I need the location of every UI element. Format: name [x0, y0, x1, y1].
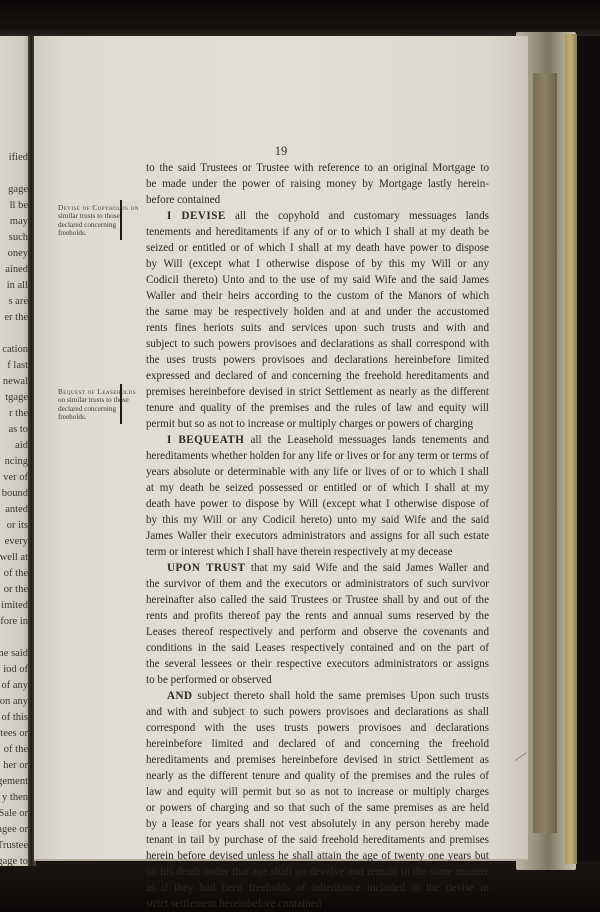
- margin-note-line: Bequest of Leaseholds: [58, 388, 148, 396]
- text-line: before contained: [146, 192, 489, 208]
- left-page-text-fragment: tgage: [5, 392, 28, 403]
- margin-note-line: on similar trusts to those: [58, 396, 148, 404]
- left-page-text-fragment: s are: [8, 296, 28, 307]
- text-line: by this my Will or any Codicil hereto) u…: [146, 512, 489, 528]
- text-line: seized or entitled or of which I shall a…: [146, 240, 489, 256]
- text-line: law and equity will permit but so as not…: [146, 784, 489, 800]
- text-line: the survivor of them and the executors o…: [146, 576, 489, 592]
- text-line: hereinbefore limited and declared of and…: [146, 736, 489, 752]
- left-page-text-fragment: iod of: [3, 664, 28, 675]
- margin-note-copyholds: Devise of Copyholds on similar trusts to…: [58, 204, 148, 237]
- text-line: rents and profits thereof pay the rents …: [146, 608, 489, 624]
- text-line: to the said Trustees or Trustee with ref…: [146, 160, 489, 176]
- left-page-text-fragment: of this: [1, 712, 28, 723]
- text-line: Codicil thereto) Unto and to the use of …: [146, 272, 489, 288]
- left-page-text-fragment: ne said: [0, 648, 28, 659]
- text-line: Leases thereof respectively and perform …: [146, 624, 489, 640]
- text-line: death have power to dispose by Will (exc…: [146, 496, 489, 512]
- left-page-text-fragment: or its: [7, 520, 28, 531]
- text-line: and with and subject to such powers prov…: [146, 704, 489, 720]
- left-page-text-fragment: gement: [0, 776, 28, 787]
- left-page-text-fragment: of the: [4, 744, 28, 755]
- text-line: tenant in tail by purchase of the said f…: [146, 832, 489, 848]
- left-page-text-fragment: f last: [7, 360, 28, 371]
- text-line: the several lessees or their respective …: [146, 656, 489, 672]
- page-number: 19: [34, 144, 528, 159]
- text-line: or powers of charging and so that such o…: [146, 800, 489, 816]
- text-line: by a lease for years shall not vest abso…: [146, 816, 489, 832]
- left-page-text-fragment: on any: [0, 696, 28, 707]
- left-page-text-fragment: or the: [4, 584, 28, 595]
- margin-note-leaseholds: Bequest of Leaseholds on similar trusts …: [58, 388, 148, 421]
- document-page: 19 Devise of Copyholds on similar trusts…: [34, 36, 528, 861]
- left-page-text-fragment: every: [5, 536, 28, 547]
- margin-note-line: freeholds.: [58, 229, 148, 237]
- text-line: the uses trusts powers provisoes and dec…: [146, 352, 489, 368]
- left-page-text-fragment: imited: [1, 600, 28, 611]
- left-page-text-fragment: ver of: [3, 472, 28, 483]
- pencil-tick-mark: [515, 752, 527, 761]
- text-line: I BEQUEATH all the Leasehold messuages l…: [146, 432, 489, 448]
- left-page-text-fragment: anted: [5, 504, 28, 515]
- left-page-text-fragment: as to: [8, 424, 28, 435]
- left-page-text-fragment: bound: [2, 488, 28, 499]
- left-page-text-fragment: her or: [3, 760, 28, 771]
- paragraph-lead: I BEQUEATH: [167, 434, 244, 446]
- text-line: hereinafter also called the said Trustee…: [146, 592, 489, 608]
- left-page-text-fragment: gage: [8, 184, 28, 195]
- left-page-text-fragment: Sale or: [0, 808, 28, 819]
- left-page-text-fragment: oney: [8, 248, 28, 259]
- text-line: on his death under that age shall go dev…: [146, 864, 489, 880]
- text-line: tenure and quality of the premises and t…: [146, 400, 489, 416]
- left-page-text-fragment: aid: [15, 440, 28, 451]
- paragraph-lead: AND: [167, 690, 193, 702]
- left-page-text-fragment: r the: [9, 408, 28, 419]
- left-page-text-fragment: ll be: [10, 200, 28, 211]
- text-line: subject to such powers provisoes and dec…: [146, 336, 489, 352]
- left-page-text-fragment: y then: [2, 792, 28, 803]
- margin-note-line: freeholds.: [58, 413, 148, 421]
- left-page-text-fragment: newal: [3, 376, 28, 387]
- left-page-text-fragment: Trustee: [0, 840, 28, 851]
- left-page-text-fragment: tees or: [0, 728, 28, 739]
- margin-note-line: similar trusts to those: [58, 212, 148, 220]
- book-cover-top: [0, 0, 600, 36]
- text-line: correspond with the uses trusts powers p…: [146, 720, 489, 736]
- margin-bracket: [120, 200, 122, 240]
- text-line: rents fines heriots suits and services u…: [146, 320, 489, 336]
- text-line: premises hereinbefore devised in strict …: [146, 384, 489, 400]
- text-line: James Waller their executors administrat…: [146, 528, 489, 544]
- left-page-text-fragment: in all: [7, 280, 28, 291]
- left-page-text-fragment: gage to: [0, 856, 28, 866]
- text-line: hereditaments and premises hereinbefore …: [146, 752, 489, 768]
- paragraph-lead: I DEVISE: [167, 210, 226, 222]
- text-line: strict settlement hereinbefore contained: [146, 896, 489, 912]
- left-page-text-fragment: ified: [9, 152, 28, 163]
- text-line: be made under the power of raising money…: [146, 176, 489, 192]
- text-line: nearly as the different tenure and quali…: [146, 768, 489, 784]
- left-page-fragment: ifiedgagell bemaysuchoneyainedin alls ar…: [0, 36, 30, 866]
- text-line: AND subject thereto shall hold the same …: [146, 688, 489, 704]
- margin-note-line: Devise of Copyholds on: [58, 204, 148, 212]
- text-line: I DEVISE all the copyhold and customary …: [146, 208, 489, 224]
- left-page-text-fragment: agee or: [0, 824, 28, 835]
- text-line: the same may be respectively holden and …: [146, 304, 489, 320]
- binding-tab: [533, 73, 557, 833]
- text-line: at my death be seized possessed or entit…: [146, 480, 489, 496]
- margin-note-line: declared concerning: [58, 405, 148, 413]
- margin-bracket: [120, 384, 122, 424]
- left-page-text-fragment: such: [9, 232, 28, 243]
- margin-note-line: declared concerning: [58, 221, 148, 229]
- text-line: herein before devised unless he shall at…: [146, 848, 489, 864]
- left-page-text-fragment: cation: [2, 344, 28, 355]
- left-page-text-fragment: of any: [1, 680, 28, 691]
- text-line: to be performed or observed: [146, 672, 489, 688]
- left-page-text-fragment: well at: [0, 552, 28, 563]
- text-line: hereditaments whether holden for any lif…: [146, 448, 489, 464]
- left-page-text-fragment: ained: [5, 264, 28, 275]
- cover-edge-strip: [565, 34, 577, 864]
- paragraph-lead: UPON TRUST: [167, 562, 246, 574]
- left-page-text-fragment: fore in: [0, 616, 28, 627]
- left-page-text-fragment: may: [10, 216, 28, 227]
- text-line: permit but so as not to increase or mult…: [146, 416, 489, 432]
- text-line: as if they had been freeholds of inherit…: [146, 880, 489, 896]
- left-page-text-fragment: of the: [4, 568, 28, 579]
- text-line: term or interest which I shall have ther…: [146, 544, 489, 560]
- left-page-text-fragment: ncing: [5, 456, 28, 467]
- text-line: conditions in the said Leases respective…: [146, 640, 489, 656]
- text-line: years absolute or determinable with any …: [146, 464, 489, 480]
- text-line: UPON TRUST that my said Wife and the sai…: [146, 560, 489, 576]
- left-page-text-fragment: er the: [4, 312, 28, 323]
- text-line: Waller and their heirs according to the …: [146, 288, 489, 304]
- text-line: by Will (except what I otherwise dispose…: [146, 256, 489, 272]
- text-line: tenements and hereditaments if any of or…: [146, 224, 489, 240]
- text-line: expressed and declared of and concerning…: [146, 368, 489, 384]
- body-text: to the said Trustees or Trustee with ref…: [146, 160, 489, 912]
